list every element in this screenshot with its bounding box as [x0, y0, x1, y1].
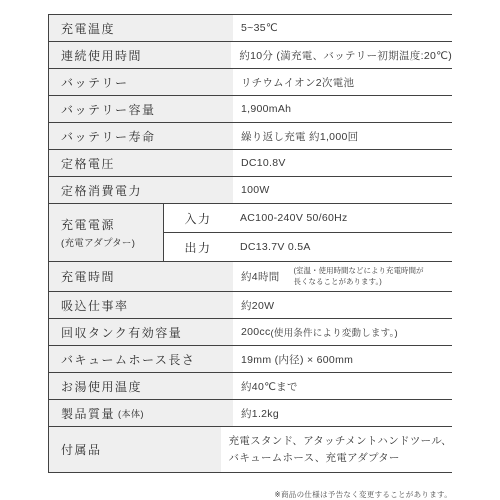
spec-label: 回収タンク有効容量 [49, 319, 233, 345]
power-source-sublabel: (充電アダプター) [61, 235, 135, 249]
spec-label: 連続使用時間 [49, 42, 231, 68]
tank-capacity-note: (使用条件により変動します。) [271, 325, 398, 339]
spec-value-accessories: 充電スタンド、アタッチメントハンドツール、 バキュームホース、充電アダプター [221, 427, 452, 472]
spec-value: 100W [233, 177, 452, 203]
charge-time-value: 約4時間 [241, 269, 280, 284]
spec-row-charging-temp: 充電温度 5~35℃ [49, 15, 452, 42]
output-label: 出力 [164, 239, 232, 256]
spec-label: 付属品 [49, 427, 221, 472]
spec-row-accessories: 付属品 充電スタンド、アタッチメントハンドツール、 バキュームホース、充電アダプ… [49, 427, 452, 473]
input-value: AC100-240V 50/60Hz [232, 212, 348, 224]
spec-label: 吸込仕事率 [49, 292, 233, 318]
spec-table: 充電温度 5~35℃ 連続使用時間 約10分 (満充電、バッテリー初期温度:20… [48, 14, 452, 473]
spec-value: 約20W [233, 292, 452, 318]
spec-label: 充電温度 [49, 15, 233, 41]
weight-sublabel: (本体) [118, 407, 144, 420]
spec-label: お湯使用温度 [49, 373, 233, 399]
spec-value: 19mm (内径) × 600mm [233, 346, 452, 372]
spec-value-tank: 200cc(使用条件により変動します。) [233, 319, 452, 345]
input-label: 入力 [164, 210, 232, 227]
spec-label-weight: 製品質量(本体) [49, 400, 233, 426]
spec-value: DC10.8V [233, 150, 452, 176]
spec-row-continuous-use: 連続使用時間 約10分 (満充電、バッテリー初期温度:20℃) [49, 42, 452, 69]
spec-label: バッテリー [49, 69, 233, 95]
spec-label: 定格電圧 [49, 150, 233, 176]
spec-row-hose-length: バキュームホース長さ 19mm (内径) × 600mm [49, 346, 452, 373]
output-value: DC13.7V 0.5A [232, 241, 311, 253]
power-output-row: 出力 DC13.7V 0.5A [164, 233, 452, 261]
spec-value: 約10分 (満充電、バッテリー初期温度:20℃) [231, 42, 452, 68]
spec-footnote: ※商品の仕様は予告なく変更することがあります。 [48, 489, 452, 500]
spec-value: 1,900mAh [233, 96, 452, 122]
spec-label: バキュームホース長さ [49, 346, 233, 372]
spec-row-tank-capacity: 回収タンク有効容量 200cc(使用条件により変動します。) [49, 319, 452, 346]
spec-row-battery-capacity: バッテリー容量 1,900mAh [49, 96, 452, 123]
charge-time-note: (室温・使用時間などにより充電時間が 長くなることがあります。) [294, 266, 424, 287]
spec-row-power-source: 充電電源 (充電アダプター) 入力 AC100-240V 50/60Hz 出力 … [49, 204, 452, 262]
power-source-label: 充電電源 [61, 216, 115, 233]
spec-row-suction-power: 吸込仕事率 約20W [49, 292, 452, 319]
spec-value: 約40℃まで [233, 373, 452, 399]
spec-label-power-source: 充電電源 (充電アダプター) [49, 204, 164, 261]
spec-value: リチウムイオン2次電池 [233, 69, 452, 95]
power-source-subtable: 入力 AC100-240V 50/60Hz 出力 DC13.7V 0.5A [164, 204, 452, 261]
spec-row-charge-time: 充電時間 約4時間 (室温・使用時間などにより充電時間が 長くなることがあります… [49, 262, 452, 292]
accessories-line1: 充電スタンド、アタッチメントハンドツール、 [229, 433, 452, 449]
spec-row-battery-life: バッテリー寿命 繰り返し充電 約1,000回 [49, 123, 452, 150]
power-input-row: 入力 AC100-240V 50/60Hz [164, 204, 452, 233]
spec-row-hot-water-temp: お湯使用温度 約40℃まで [49, 373, 452, 400]
spec-label: バッテリー容量 [49, 96, 233, 122]
spec-row-battery: バッテリー リチウムイオン2次電池 [49, 69, 452, 96]
product-spec-page: 充電温度 5~35℃ 連続使用時間 約10分 (満充電、バッテリー初期温度:20… [0, 0, 500, 500]
spec-value: 繰り返し充電 約1,000回 [233, 123, 452, 149]
spec-value: 5~35℃ [233, 15, 452, 41]
accessories-line2: バキュームホース、充電アダプター [229, 450, 400, 466]
spec-row-rated-voltage: 定格電圧 DC10.8V [49, 150, 452, 177]
spec-label: バッテリー寿命 [49, 123, 233, 149]
spec-label: 定格消費電力 [49, 177, 233, 203]
spec-label: 充電時間 [49, 262, 233, 291]
spec-value-charge-time: 約4時間 (室温・使用時間などにより充電時間が 長くなることがあります。) [233, 262, 452, 291]
spec-row-rated-power: 定格消費電力 100W [49, 177, 452, 204]
spec-value: 約1.2kg [233, 400, 452, 426]
spec-row-product-weight: 製品質量(本体) 約1.2kg [49, 400, 452, 427]
